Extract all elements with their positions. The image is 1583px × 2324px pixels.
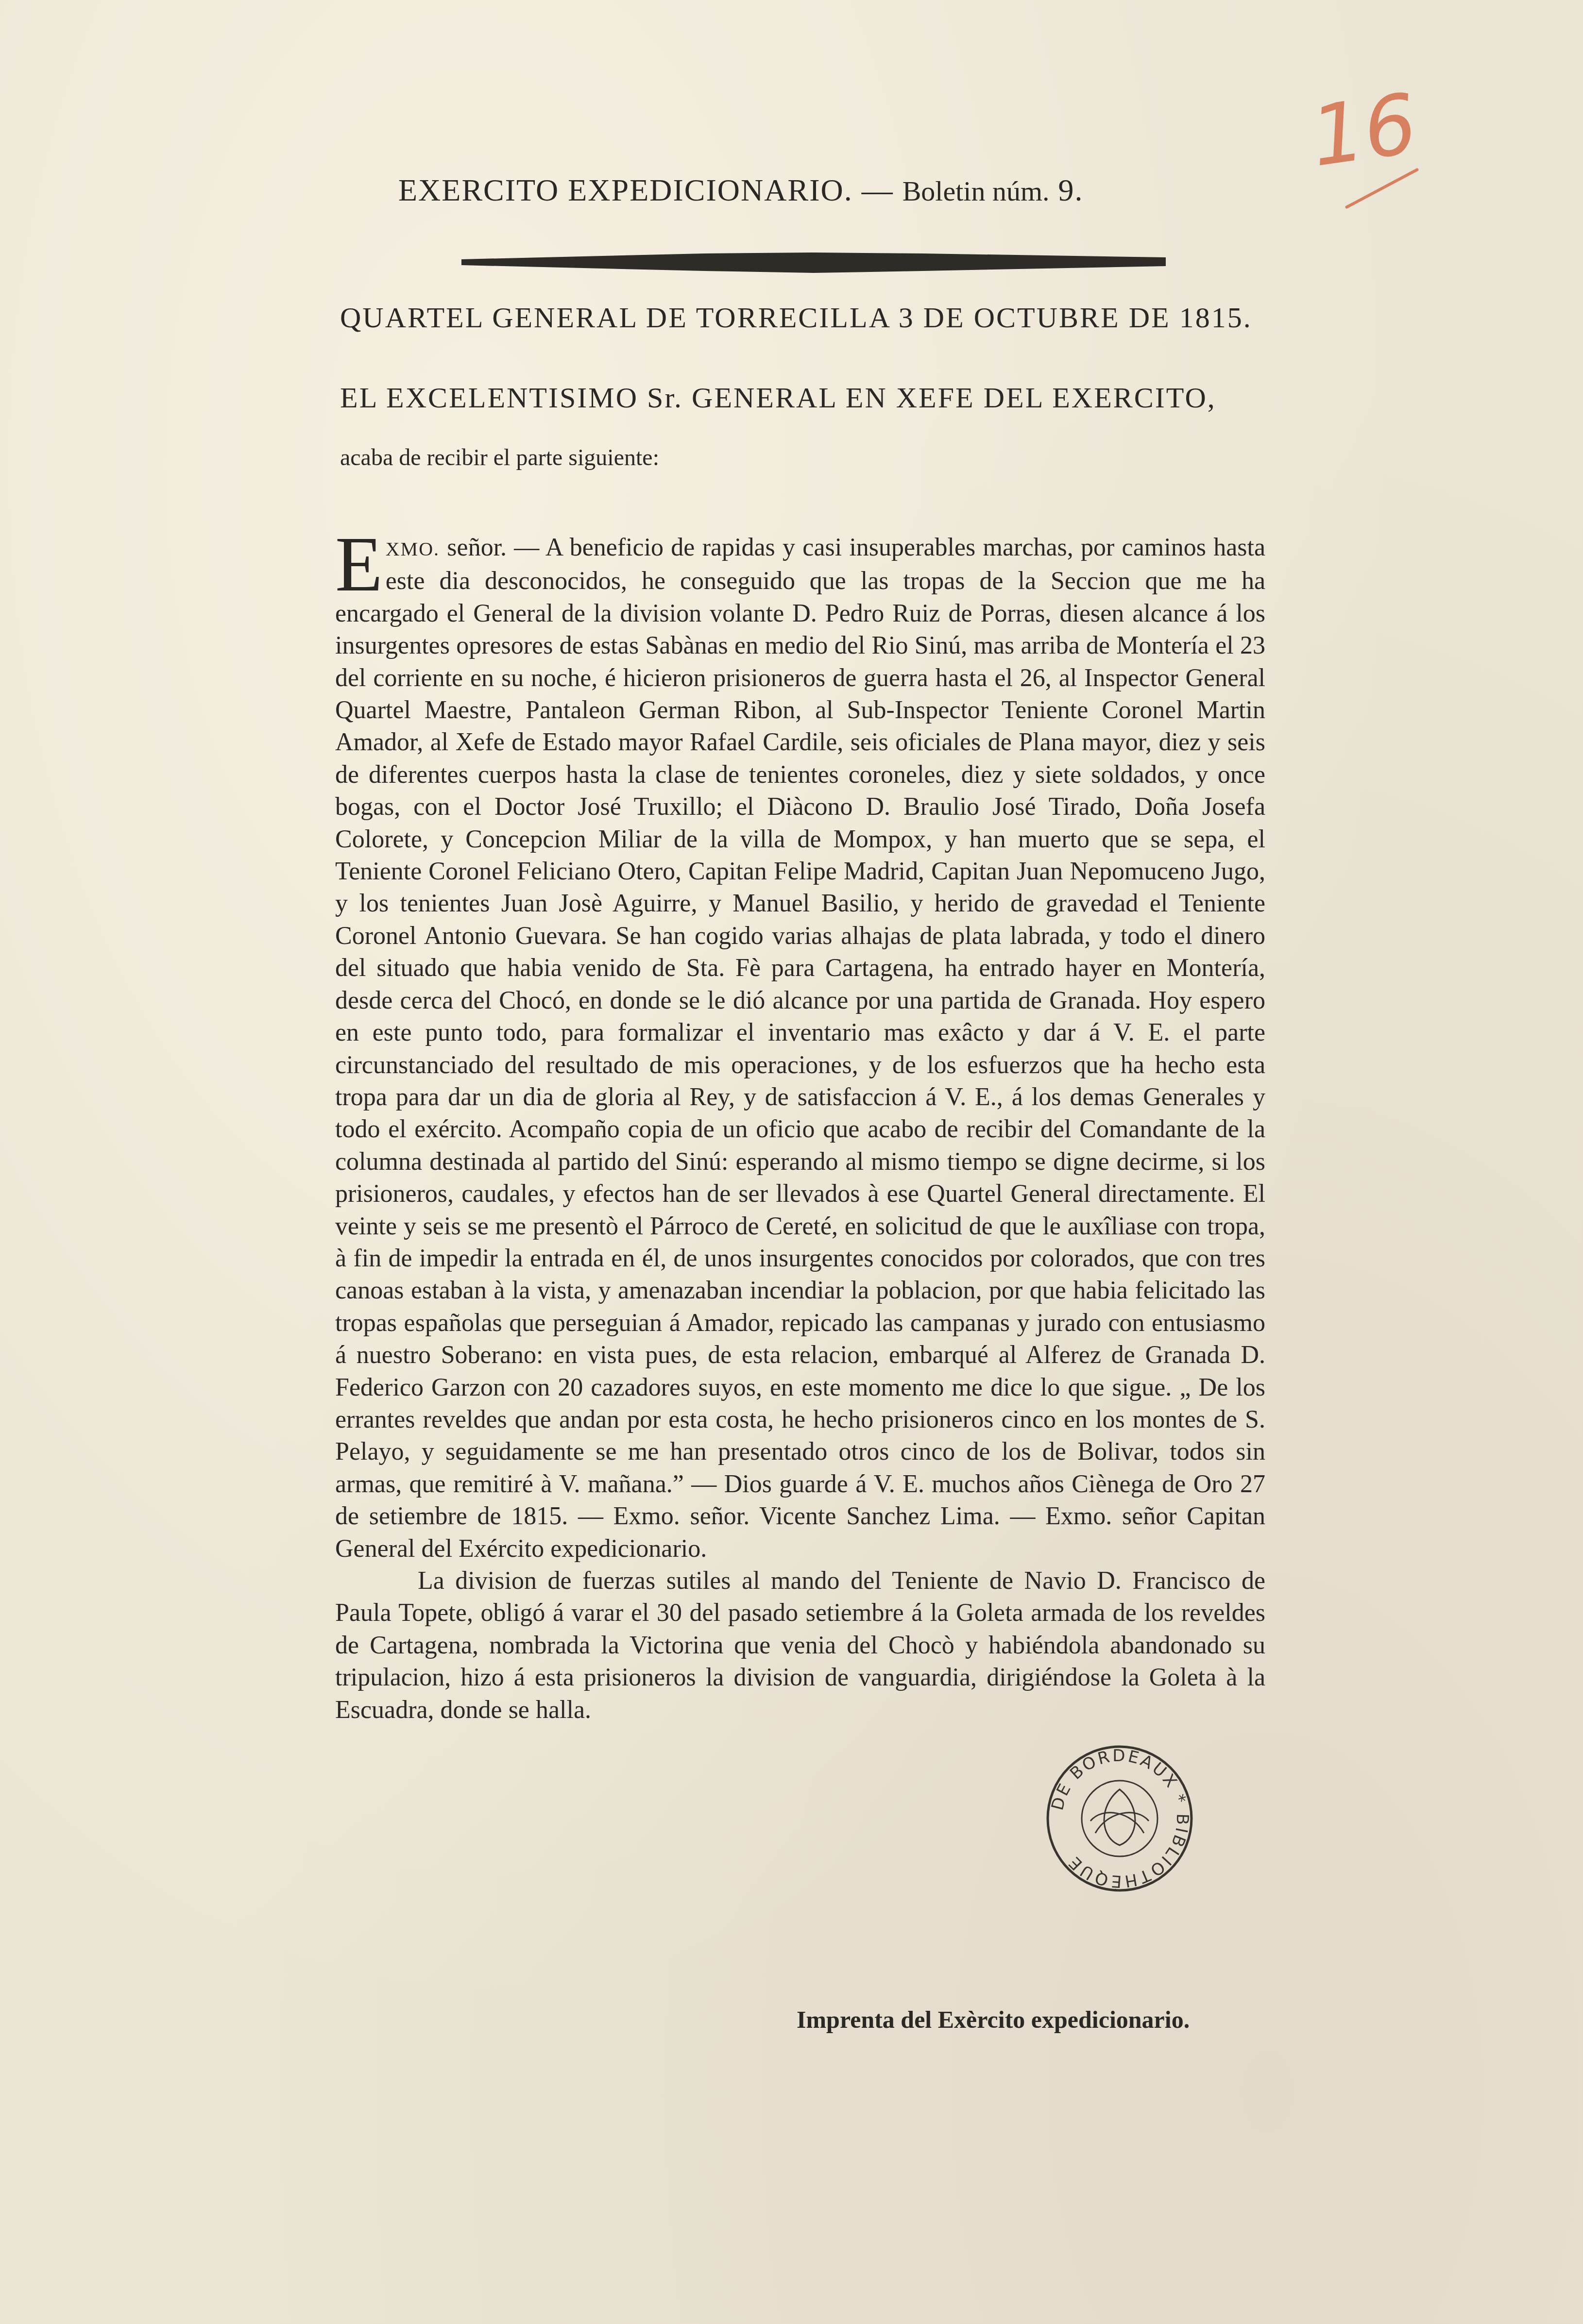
header-title: EXERCITO EXPEDICIONARIO. [398,173,853,207]
bulletin-label: Boletin núm. [902,175,1050,207]
header-dash: — [862,173,894,207]
bulletin-header: EXERCITO EXPEDICIONARIO. — Boletin núm. … [398,172,1224,208]
paragraph-1: EXMO. señor. — A beneficio de rapidas y … [335,532,1265,1565]
stamp-text-top: BIBLIOTHÈQUE [1064,1813,1192,1891]
intro-line: acaba de recibir el parte siguiente: [340,444,659,471]
paragraph-2: La division de fuerzas sutiles al mando … [335,1565,1265,1726]
printer-imprint: Imprenta del Exèrcito expedicionario. [797,2005,1190,2034]
dateline: QUARTEL GENERAL DE TORRECILLA 3 DE OCTUB… [340,301,1252,335]
bulletin-number: 9. [1058,173,1084,207]
report-body: EXMO. señor. — A beneficio de rapidas y … [335,532,1265,1726]
drop-cap: E [335,533,383,596]
folio-number: 16 [1305,76,1423,185]
paragraph-1-text: señor. — A beneficio de rapidas y casi i… [335,534,1265,1563]
salutation: XMO. [386,538,440,560]
ornamental-rule [461,253,1166,273]
stamp-text-bottom: DE BORDEAUX [1048,1746,1182,1812]
addressee: EL EXCELENTISIMO Sr. GENERAL EN XEFE DEL… [340,381,1216,415]
library-stamp: DE BORDEAUX * BIBLIOTHÈQUE [1044,1743,1195,1894]
triquetra-icon [1090,1789,1149,1845]
svg-text:DE BORDEAUX * BIBL: DE BORDEAUX * BIBLIOTHÈQUE [1048,1746,1192,1892]
